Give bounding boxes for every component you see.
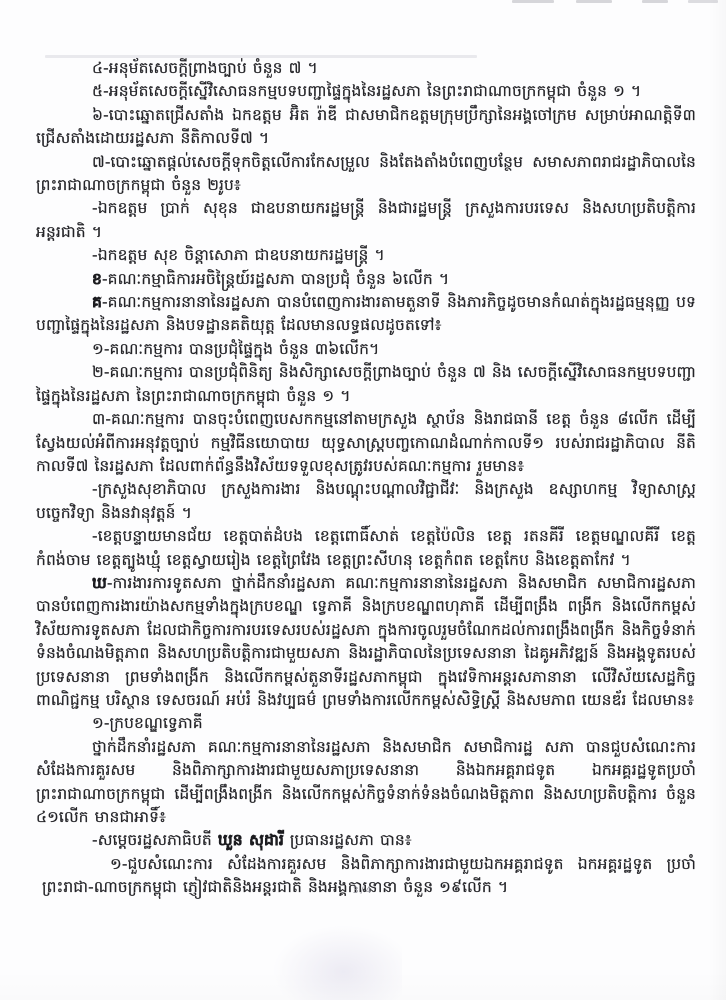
bold-run: គ <box>92 293 102 311</box>
text-block: ៤-អនុម័តសេចក្តីព្រាងច្បាប់ ចំនួន ៧ ។៥-អន… <box>36 57 696 900</box>
paragraph: ១-គណៈកម្មការ បានប្រជុំផ្ទៃក្នុង ចំនួន ៣៦… <box>36 338 696 361</box>
paragraph: ៦-បោះឆ្នោតជ្រើសតាំង ឯកឧត្តម អ៊ិត រ៉ាឌី ជ… <box>36 104 696 151</box>
text-run: -ខេត្តបន្ទាយមានជ័យ ខេត្តបាត់ដំបង ខេត្តពោ… <box>36 527 696 568</box>
scan-artifact-dash <box>642 0 668 3</box>
text-run: ២-គណៈកម្មការ បានប្រជុំពិនិត្យ និងសិក្សាស… <box>36 363 696 404</box>
bold-run: ឃ <box>92 574 107 592</box>
text-run: ថ្នាក់ដឹកនាំរដ្ឋសភា គណៈកម្មការនានានៃរដ្ឋ… <box>36 738 696 826</box>
paragraph: ៥-អនុម័តសេចក្តីស្នើវិសោធនកម្មបទបញ្ជាផ្ទៃ… <box>36 80 696 103</box>
text-run: ៤-អនុម័តសេចក្តីព្រាងច្បាប់ ចំនួន ៧ ។ <box>92 59 318 77</box>
text-run: -ឯកឧត្តម សុខ ចិន្តាសោភា ជាឧបនាយករដ្ឋមន្ត… <box>92 246 385 264</box>
scanned-document-page: ៤-អនុម័តសេចក្តីព្រាងច្បាប់ ចំនួន ៧ ។៥-អន… <box>0 0 726 1000</box>
paragraph: ខ-គណៈកម្មាធិការអចិន្ត្រៃយ៍រដ្ឋសភា បានប្រ… <box>36 268 696 291</box>
paragraph: -ខេត្តបន្ទាយមានជ័យ ខេត្តបាត់ដំបង ខេត្តពោ… <box>36 525 696 572</box>
text-run: -គណៈកម្មាធិការអចិន្ត្រៃយ៍រដ្ឋសភា បានប្រជ… <box>102 270 449 288</box>
text-run: ៥-អនុម័តសេចក្តីស្នើវិសោធនកម្មបទបញ្ជាផ្ទៃ… <box>92 82 641 100</box>
page-number: 3/4 <box>0 886 726 896</box>
scan-artifact-dash <box>688 0 718 3</box>
text-run: ប្រធានរដ្ឋសភា បាន៖ <box>284 831 412 849</box>
text-run: -ឯកឧត្តម ប្រាក់ សុខុន ជាឧបនាយករដ្ឋមន្ត្រ… <box>36 199 696 240</box>
paragraph: គ-គណៈកម្មការនានានៃរដ្ឋសភា បានបំពេញការងារ… <box>36 291 696 338</box>
bold-run: ខ <box>92 270 102 288</box>
bold-run: ឃួន សុដារី <box>218 831 284 849</box>
paragraph: -ឯកឧត្តម ប្រាក់ សុខុន ជាឧបនាយករដ្ឋមន្ត្រ… <box>36 197 696 244</box>
paragraph: ១-ក្របខណ្ឌទ្វេភាគី <box>36 712 696 735</box>
paragraph: -ឯកឧត្តម សុខ ចិន្តាសោភា ជាឧបនាយករដ្ឋមន្ត… <box>36 244 696 267</box>
text-run: ៦-បោះឆ្នោតជ្រើសតាំង ឯកឧត្តម អ៊ិត រ៉ាឌី ជ… <box>36 106 696 147</box>
scan-artifact-dash <box>576 0 612 3</box>
text-run: ១-គណៈកម្មការ បានប្រជុំផ្ទៃក្នុង ចំនួន ៣៦… <box>92 340 379 358</box>
paragraph: ៤-អនុម័តសេចក្តីព្រាងច្បាប់ ចំនួន ៧ ។ <box>36 57 696 80</box>
text-run: -គណៈកម្មការនានានៃរដ្ឋសភា បានបំពេញការងារត… <box>36 293 696 334</box>
paragraph: ឃ-ការងារការទូតសភា ថ្នាក់ដឹកនាំរដ្ឋសភា គណ… <box>36 572 696 712</box>
paragraph: -ក្រសួងសុខាភិបាល ក្រសួងការងារ និងបណ្តុះប… <box>36 478 696 525</box>
paragraph: ២-គណៈកម្មការ បានប្រជុំពិនិត្យ និងសិក្សាស… <box>36 361 696 408</box>
paragraph: -សម្តេចរដ្ឋសភាធិបតី ឃួន សុដារី ប្រធានរដ្… <box>36 829 696 852</box>
text-run: ១-ក្របខណ្ឌទ្វេភាគី <box>92 714 203 732</box>
text-run: ៣-គណៈកម្មការ បានចុះបំពេញបេសកកម្មនៅតាមក្រ… <box>36 410 696 475</box>
paragraph: ៣-គណៈកម្មការ បានចុះបំពេញបេសកកម្មនៅតាមក្រ… <box>36 408 696 478</box>
text-run: -ការងារការទូតសភា ថ្នាក់ដឹកនាំរដ្ឋសភា គណៈ… <box>36 574 696 709</box>
text-run: ៧-បោះឆ្នោតផ្តល់សេចក្តីទុកចិត្តលើការកែសម្… <box>36 153 696 194</box>
paragraph: ៧-បោះឆ្នោតផ្តល់សេចក្តីទុកចិត្តលើការកែសម្… <box>36 151 696 198</box>
text-run: -សម្តេចរដ្ឋសភាធិបតី <box>92 831 218 849</box>
scan-artifact-smudge <box>272 925 402 1000</box>
paragraph: ថ្នាក់ដឹកនាំរដ្ឋសភា គណៈកម្មការនានានៃរដ្ឋ… <box>36 736 696 830</box>
scan-artifact-dash <box>512 0 554 3</box>
text-run: -ក្រសួងសុខាភិបាល ក្រសួងការងារ និងបណ្តុះប… <box>36 480 696 521</box>
